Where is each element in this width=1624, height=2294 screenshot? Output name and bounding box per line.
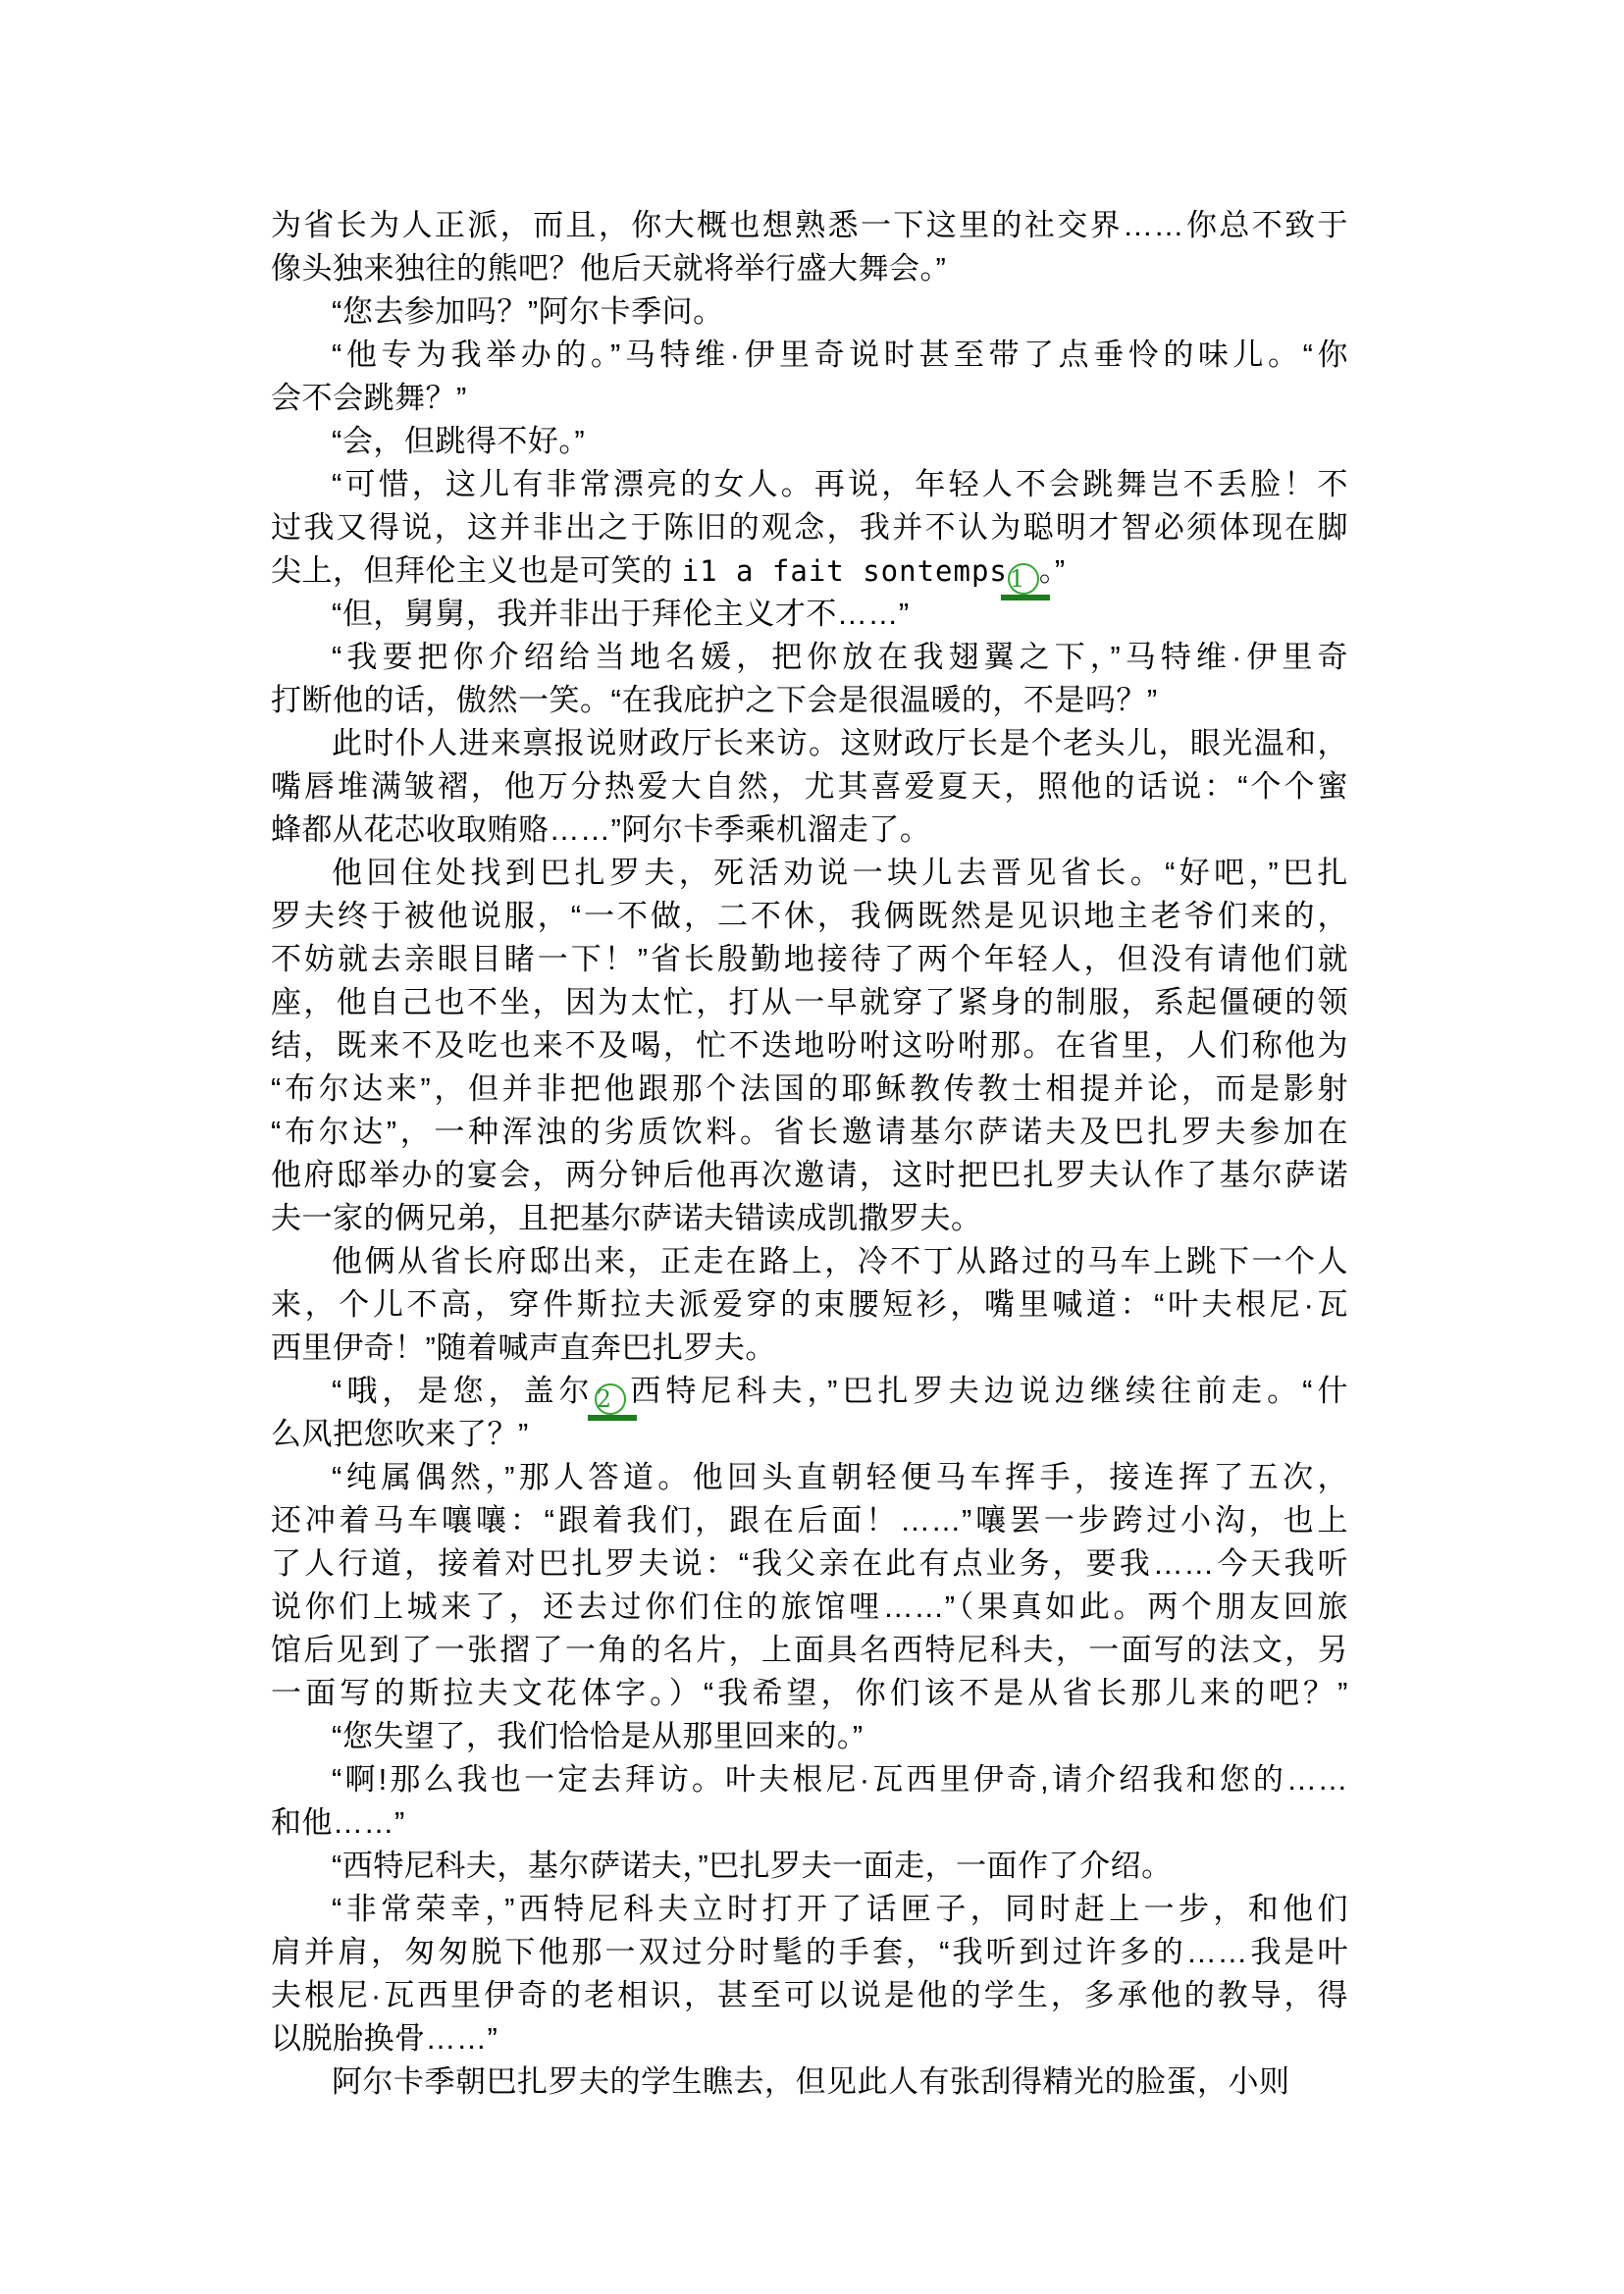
text-line: “啊!那么我也一定去拜访。叶夫根尼·瓦西里伊奇,请介绍我和您的…… [271, 1758, 1348, 1801]
text-line: 还冲着马车嚷嚷：“跟着我们，跟在后面！……”嚷罢一步跨过小沟，也上 [271, 1499, 1348, 1542]
text-line: “您失望了，我们恰恰是从那里回来的。” [271, 1715, 1348, 1758]
text-run: 尖上，但拜伦主义也是可笑的 [271, 553, 682, 588]
text-run: 西特尼科夫，”巴扎罗夫边说边继续往前走。“什 [626, 1374, 1348, 1408]
text-line: 过我又得说，这并非出之于陈旧的观念，我并不认为聪明才智必须体现在脚 [271, 506, 1348, 549]
text-run: 一面写的斯拉夫文花体字。）“我希望，你们该不是从省长那儿来的吧？” [271, 1676, 1348, 1710]
text-line: “会，但跳得不好。” [271, 420, 1348, 463]
text-line: “您去参加吗？”阿尔卡季问。 [271, 290, 1348, 334]
text-run: 嘴唇堆满皱褶，他万分热爱大自然，尤其喜爱夏天，照他的话说：“个个蜜 [271, 769, 1348, 804]
text-run: 馆后见到了一张摺了一角的名片，上面具名西特尼科夫，一面写的法文，另 [271, 1633, 1348, 1667]
text-line: 为省长为人正派，而且，你大概也想熟悉一下这里的社交界……你总不致于 [271, 204, 1348, 247]
text-run: “可惜，这儿有非常漂亮的女人。再说，年轻人不会跳舞岂不丢脸！不 [332, 467, 1348, 501]
text-run: “您去参加吗？”阿尔卡季问。 [332, 294, 724, 329]
text-line: 夫一家的俩兄弟，且把基尔萨诺夫错读成凯撒罗夫。 [271, 1197, 1348, 1240]
text-line: 结，既来不及吃也来不及喝，忙不迭地吩咐这吩咐那。在省里，人们称他为 [271, 1024, 1348, 1068]
text-run: 为省长为人正派，而且，你大概也想熟悉一下这里的社交界……你总不致于 [271, 208, 1348, 242]
text-run: “您失望了，我们恰恰是从那里回来的。” [332, 1719, 864, 1753]
text-line: 以脱胎换骨……” [271, 2017, 1348, 2060]
text-line: “哦，是您，盖尔2西特尼科夫，”巴扎罗夫边说边继续往前走。“什 [271, 1370, 1348, 1413]
text-run: 说你们上城来了，还去过你们住的旅馆哩……”（果真如此。两个朋友回旅 [271, 1590, 1348, 1624]
text-line: “布尔达”，一种浑浊的劣质饮料。省长邀请基尔萨诺夫及巴扎罗夫参加在 [271, 1111, 1348, 1154]
text-line: 蜂都从花芯收取贿赂……”阿尔卡季乘机溜走了。 [271, 808, 1348, 852]
text-run: “布尔达来”，但并非把他跟那个法国的耶稣教传教士相提并论，而是影射 [271, 1071, 1348, 1106]
book-page: 为省长为人正派，而且，你大概也想熟悉一下这里的社交界……你总不致于像头独来独往的… [0, 0, 1624, 2294]
text-run: “纯属偶然，”那人答道。他回头直朝轻便马车挥手，接连挥了五次， [332, 1460, 1348, 1494]
text-line: 阿尔卡季朝巴扎罗夫的学生瞧去，但见此人有张刮得精光的脸蛋，小则 [271, 2060, 1348, 2104]
text-line: 么风把您吹来了？” [271, 1413, 1348, 1456]
text-run: 他府邸举办的宴会，两分钟后他再次邀请，这时把巴扎罗夫认作了基尔萨诺 [271, 1158, 1348, 1192]
text-run: 西里伊奇！”随着喊声直奔巴扎罗夫。 [271, 1330, 776, 1365]
text-run: 会不会跳舞？” [271, 381, 467, 415]
text-run: 。” [1039, 553, 1066, 588]
text-line: “可惜，这儿有非常漂亮的女人。再说，年轻人不会跳舞岂不丢脸！不 [271, 463, 1348, 506]
text-run: “但，舅舅，我并非出于拜伦主义才不……” [332, 597, 910, 631]
page-text: 为省长为人正派，而且，你大概也想熟悉一下这里的社交界……你总不致于像头独来独往的… [271, 204, 1348, 2104]
text-run: 肩并肩，匆匆脱下他那一双过分时髦的手套，“我听到过许多的……我是叶 [271, 1935, 1348, 1969]
text-line: 说你们上城来了，还去过你们住的旅馆哩……”（果真如此。两个朋友回旅 [271, 1586, 1348, 1629]
text-run: 夫一家的俩兄弟，且把基尔萨诺夫错读成凯撒罗夫。 [271, 1201, 982, 1235]
text-run: 还冲着马车嚷嚷：“跟着我们，跟在后面！……”嚷罢一步跨过小沟，也上 [271, 1503, 1348, 1538]
text-line: “纯属偶然，”那人答道。他回头直朝轻便马车挥手，接连挥了五次， [271, 1456, 1348, 1499]
text-line: “布尔达来”，但并非把他跟那个法国的耶稣教传教士相提并论，而是影射 [271, 1068, 1348, 1111]
text-line: “西特尼科夫，基尔萨诺夫，”巴扎罗夫一面走，一面作了介绍。 [271, 1845, 1348, 1888]
french-phrase: i1 a fait sontemps [682, 554, 1008, 588]
text-line: 了人行道，接着对巴扎罗夫说：“我父亲在此有点业务，要我……今天我听 [271, 1542, 1348, 1586]
text-run: “非常荣幸，”西特尼科夫立时打开了话匣子，同时赶上一步，和他们 [332, 1892, 1348, 1926]
text-run: 来，个儿不高，穿件斯拉夫派爱穿的束腰短衫，嘴里喊道：“叶夫根尼·瓦 [271, 1287, 1348, 1322]
text-line: 不妨就去亲眼目睹一下！”省长殷勤地接待了两个年轻人，但没有请他们就 [271, 938, 1348, 981]
text-line: 此时仆人进来禀报说财政厅长来访。这财政厅长是个老头儿，眼光温和， [271, 722, 1348, 765]
text-run: 打断他的话，傲然一笑。“在我庇护之下会是很温暖的，不是吗？” [271, 683, 1158, 717]
text-line: 嘴唇堆满皱褶，他万分热爱大自然，尤其喜爱夏天，照他的话说：“个个蜜 [271, 765, 1348, 808]
text-line: “我要把你介绍给当地名媛，把你放在我翅翼之下，”马特维·伊里奇 [271, 636, 1348, 679]
text-run: “啊!那么我也一定去拜访。叶夫根尼·瓦西里伊奇,请介绍我和您的…… [332, 1762, 1348, 1797]
text-line: “但，舅舅，我并非出于拜伦主义才不……” [271, 593, 1348, 636]
text-line: 西里伊奇！”随着喊声直奔巴扎罗夫。 [271, 1327, 1348, 1370]
text-run: 此时仆人进来禀报说财政厅长来访。这财政厅长是个老头儿，眼光温和， [332, 726, 1348, 760]
text-run: 么风把您吹来了？” [271, 1417, 529, 1451]
text-line: 肩并肩，匆匆脱下他那一双过分时髦的手套，“我听到过许多的……我是叶 [271, 1931, 1348, 1974]
text-run: 和他……” [271, 1805, 405, 1840]
text-run: “哦，是您，盖尔 [332, 1374, 595, 1408]
text-line: “他专为我举办的。”马特维·伊里奇说时甚至带了点垂怜的味儿。“你 [271, 334, 1348, 377]
text-line: 像头独来独往的熊吧？他后天就将举行盛大舞会。” [271, 247, 1348, 290]
footnote-ref-1[interactable]: 1 [1008, 563, 1039, 595]
text-line: 座，他自己也不坐，因为太忙，打从一早就穿了紧身的制服，系起僵硬的领 [271, 981, 1348, 1024]
text-run: 结，既来不及吃也来不及喝，忙不迭地吩咐这吩咐那。在省里，人们称他为 [271, 1028, 1348, 1063]
text-run: “他专为我举办的。”马特维·伊里奇说时甚至带了点垂怜的味儿。“你 [332, 338, 1348, 372]
text-line: 他府邸举办的宴会，两分钟后他再次邀请，这时把巴扎罗夫认作了基尔萨诺 [271, 1154, 1348, 1197]
text-run: “西特尼科夫，基尔萨诺夫，”巴扎罗夫一面走，一面作了介绍。 [332, 1849, 1173, 1883]
text-run: 座，他自己也不坐，因为太忙，打从一早就穿了紧身的制服，系起僵硬的领 [271, 985, 1348, 1019]
text-run: 蜂都从花芯收取贿赂……”阿尔卡季乘机溜走了。 [271, 812, 930, 847]
text-line: 罗夫终于被他说服，“一不做，二不休，我俩既然是见识地主老爷们来的， [271, 895, 1348, 938]
text-run: 不妨就去亲眼目睹一下！”省长殷勤地接待了两个年轻人，但没有请他们就 [271, 942, 1348, 976]
text-line: 一面写的斯拉夫文花体字。）“我希望，你们该不是从省长那儿来的吧？” [271, 1672, 1348, 1715]
text-run: “我要把你介绍给当地名媛，把你放在我翅翼之下，”马特维·伊里奇 [332, 640, 1348, 674]
text-run: 阿尔卡季朝巴扎罗夫的学生瞧去，但见此人有张刮得精光的脸蛋，小则 [332, 2064, 1290, 2099]
text-run: 他俩从省长府邸出来，正走在路上，冷不丁从路过的马车上跳下一个人 [332, 1244, 1348, 1278]
text-line: 来，个儿不高，穿件斯拉夫派爱穿的束腰短衫，嘴里喊道：“叶夫根尼·瓦 [271, 1283, 1348, 1327]
text-line: 他回住处找到巴扎罗夫，死活劝说一块儿去晋见省长。“好吧，”巴扎 [271, 852, 1348, 895]
text-line: 他俩从省长府邸出来，正走在路上，冷不丁从路过的马车上跳下一个人 [271, 1240, 1348, 1283]
text-line: 馆后见到了一张摺了一角的名片，上面具名西特尼科夫，一面写的法文，另 [271, 1629, 1348, 1672]
text-run: 他回住处找到巴扎罗夫，死活劝说一块儿去晋见省长。“好吧，”巴扎 [332, 856, 1348, 890]
text-line: 打断他的话，傲然一笑。“在我庇护之下会是很温暖的，不是吗？” [271, 679, 1348, 722]
text-run: 罗夫终于被他说服，“一不做，二不休，我俩既然是见识地主老爷们来的， [271, 899, 1348, 933]
text-run: “会，但跳得不好。” [332, 424, 585, 458]
text-line: 尖上，但拜伦主义也是可笑的 i1 a fait sontemps1。” [271, 549, 1348, 593]
text-run: 了人行道，接着对巴扎罗夫说：“我父亲在此有点业务，要我……今天我听 [271, 1546, 1348, 1581]
text-line: 夫根尼·瓦西里伊奇的老相识，甚至可以说是他的学生，多承他的教导，得 [271, 1974, 1348, 2017]
text-line: 会不会跳舞？” [271, 377, 1348, 420]
text-line: 和他……” [271, 1801, 1348, 1845]
text-line: “非常荣幸，”西特尼科夫立时打开了话匣子，同时赶上一步，和他们 [271, 1888, 1348, 1931]
text-run: 像头独来独往的熊吧？他后天就将举行盛大舞会。” [271, 251, 946, 286]
text-run: “布尔达”，一种浑浊的劣质饮料。省长邀请基尔萨诺夫及巴扎罗夫参加在 [271, 1115, 1348, 1149]
text-run: 过我又得说，这并非出之于陈旧的观念，我并不认为聪明才智必须体现在脚 [271, 510, 1348, 545]
text-run: 以脱胎换骨……” [271, 2021, 498, 2056]
footnote-ref-2[interactable]: 2 [595, 1383, 626, 1415]
text-run: 夫根尼·瓦西里伊奇的老相识，甚至可以说是他的学生，多承他的教导，得 [271, 1978, 1348, 2012]
